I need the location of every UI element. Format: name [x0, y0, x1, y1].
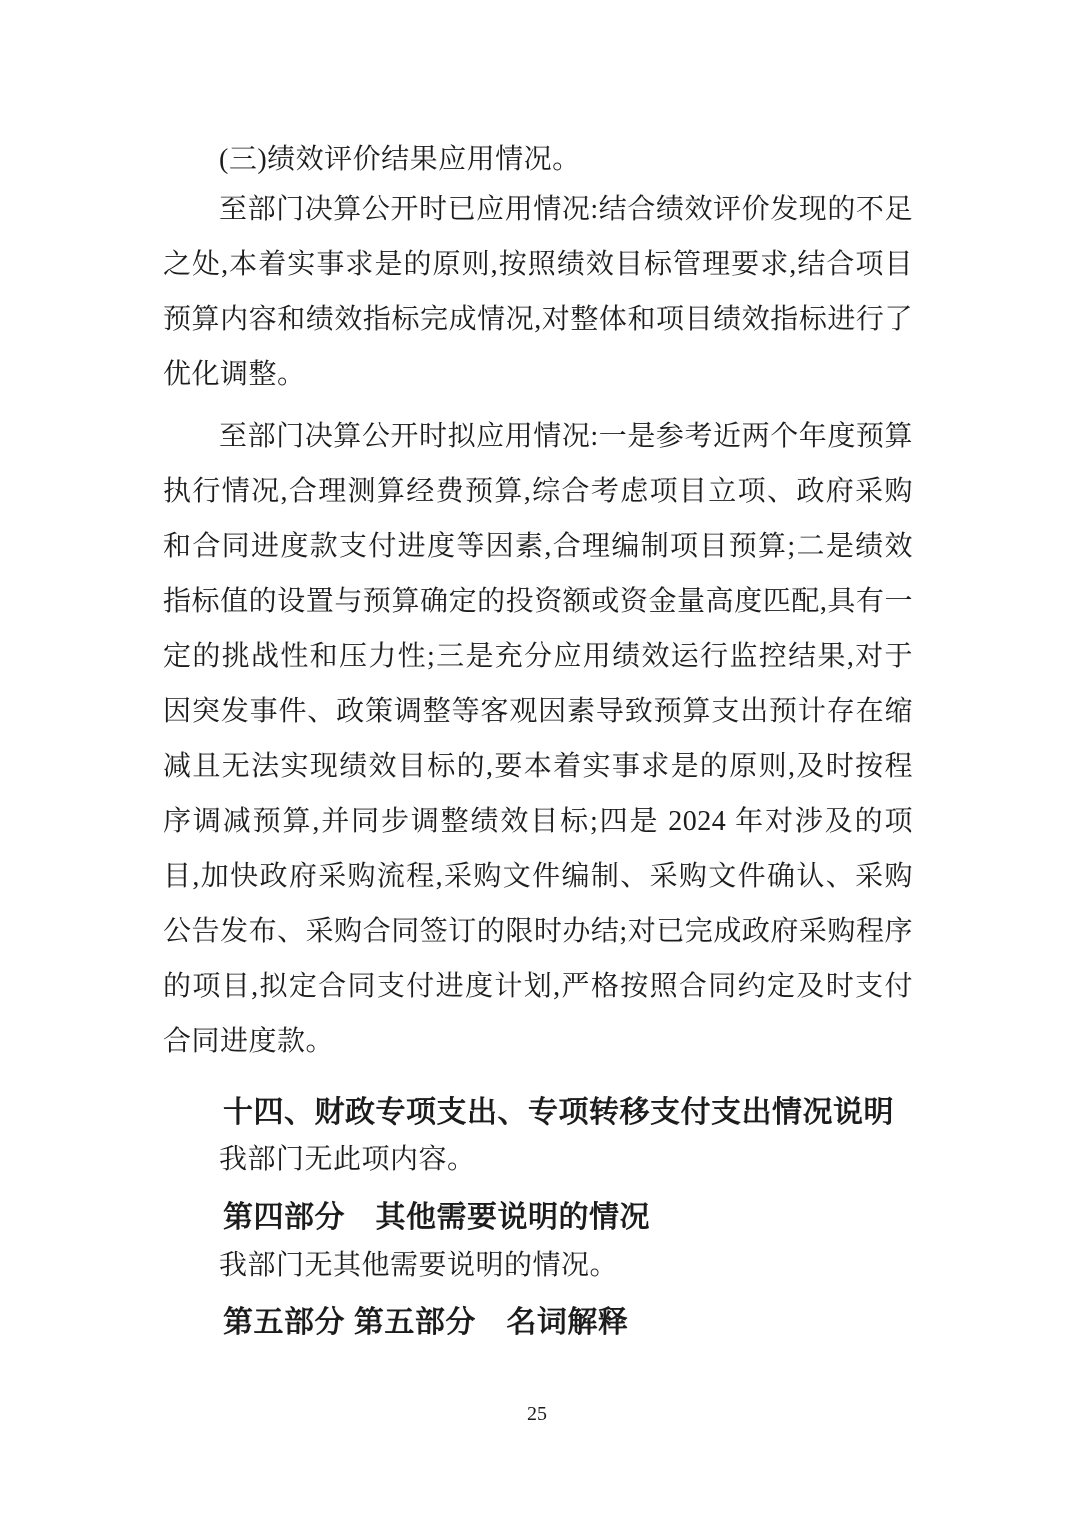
paragraph-applied-status: 至部门决算公开时已应用情况:结合绩效评价发现的不足之处,本着实事求是的原则,按照…: [163, 182, 913, 402]
paragraph-no-content: 我部门无此项内容。: [163, 1132, 913, 1187]
paragraph-no-other-notes: 我部门无其他需要说明的情况。: [163, 1238, 913, 1293]
page-number: 25: [0, 1400, 1074, 1428]
heading-performance-evaluation-results: (三)绩效评价结果应用情况。: [163, 132, 913, 187]
heading-part-4-other-notes: 第四部分 其他需要说明的情况: [163, 1190, 913, 1245]
document-page: { "page": { "background_color": "#ffffff…: [0, 0, 1074, 1520]
heading-part-5-glossary: 第五部分 第五部分 名词解释: [163, 1295, 913, 1350]
page-background: (三)绩效评价结果应用情况。 至部门决算公开时已应用情况:结合绩效评价发现的不足…: [0, 0, 1074, 1520]
paragraph-planned-application: 至部门决算公开时拟应用情况:一是参考近两个年度预算执行情况,合理测算经费预算,综…: [163, 409, 913, 1069]
